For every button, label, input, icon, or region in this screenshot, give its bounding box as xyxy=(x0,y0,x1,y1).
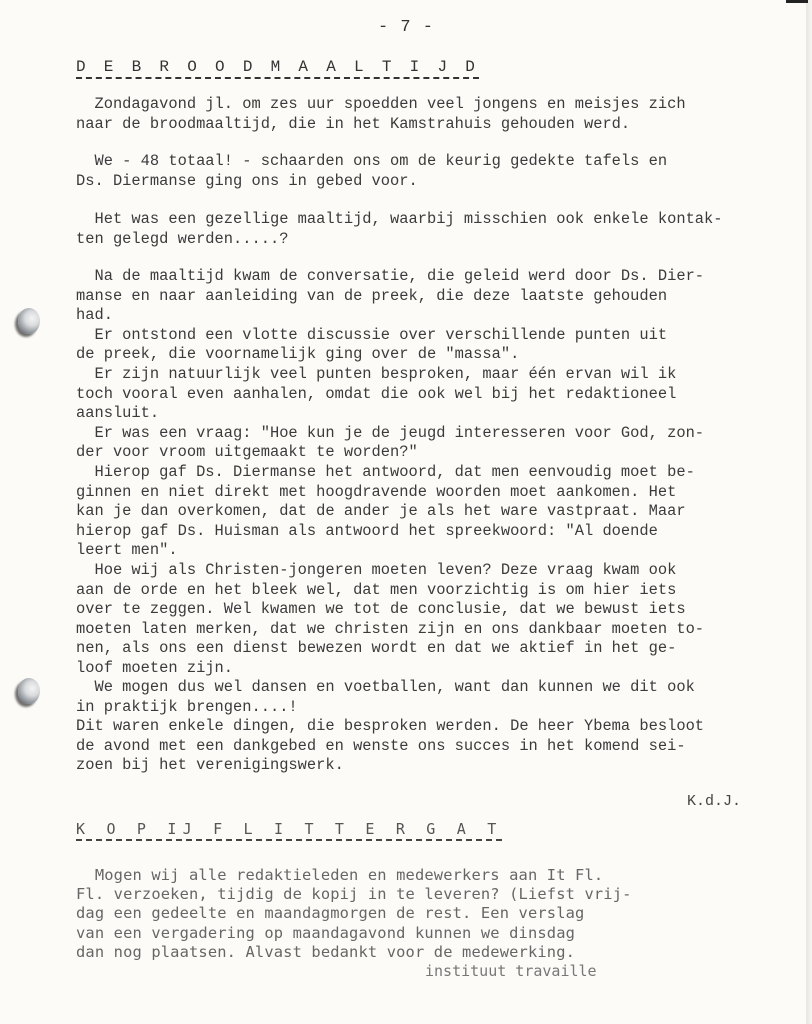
author-signature: K.d.J. xyxy=(687,793,741,810)
paragraph-3: Het was een gezellige maaltijd, waarbij … xyxy=(76,210,723,249)
notice-signature: instituut travaille xyxy=(425,962,597,980)
paragraph-1: Zondagavond jl. om zes uur spoedden veel… xyxy=(76,95,686,134)
paragraph-discussion: Na de maaltijd kwam de conversatie, die … xyxy=(76,267,704,718)
punch-hole-icon xyxy=(18,308,40,334)
page-number: - 7 - xyxy=(0,18,812,37)
page-edge-shadow xyxy=(806,0,812,1024)
article-title-broodmaaltijd: D E B R O O D M A A L T I J D xyxy=(76,58,479,79)
punch-hole-icon xyxy=(18,678,40,704)
scan-edge-mark xyxy=(786,0,808,3)
paragraph-closing: Dit waren enkele dingen, die besproken w… xyxy=(76,717,704,776)
document-page: - 7 - D E B R O O D M A A L T I J D Zond… xyxy=(0,0,812,1024)
paragraph-2: We - 48 totaal! - schaarden ons om de ke… xyxy=(76,152,667,191)
article-title-kopij-flittergat: K O P IJ F L I T T E R G A T xyxy=(76,820,502,841)
kopij-notice-text: Mogen wij alle redaktieleden en medewerk… xyxy=(76,866,632,962)
